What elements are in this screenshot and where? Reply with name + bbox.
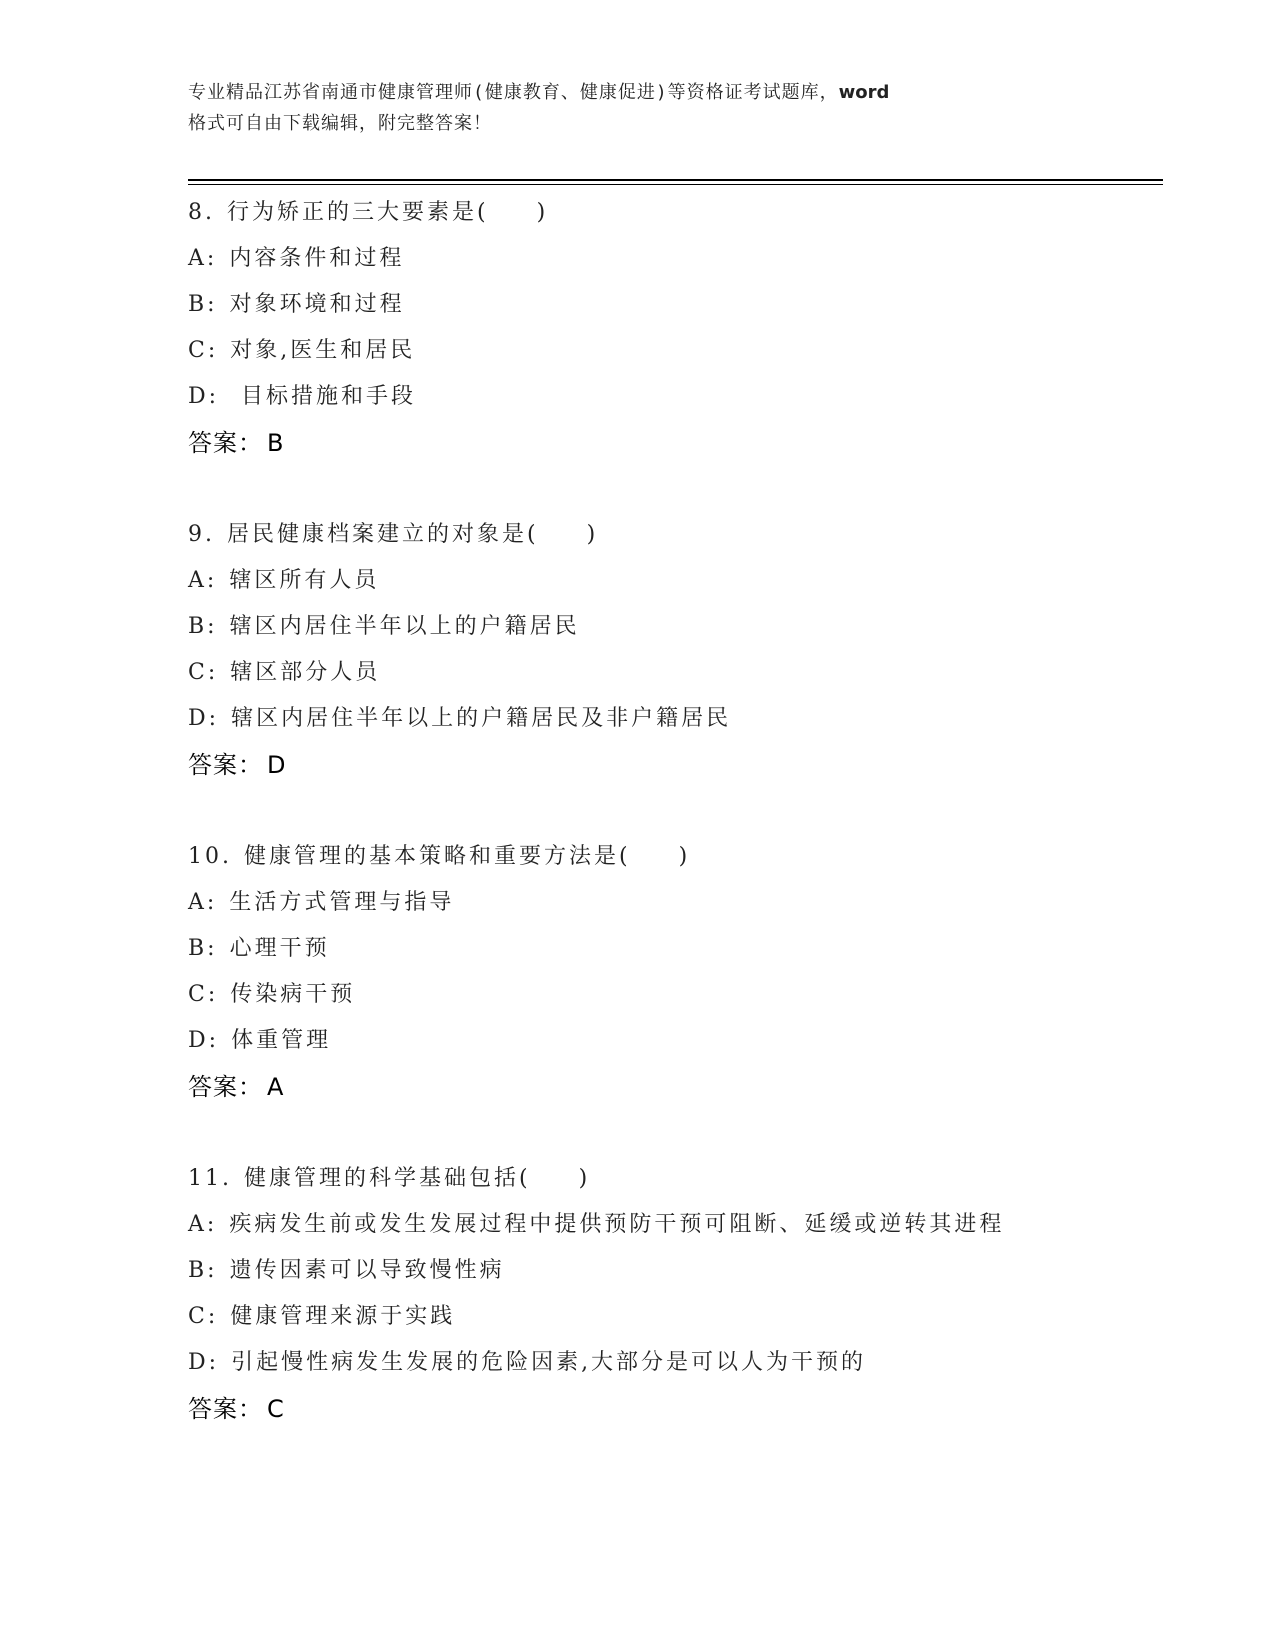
header-line-2: 格式可自由下载编辑，附完整答案！ <box>188 108 1088 139</box>
paren-close: ) <box>579 1166 591 1191</box>
option-b: B:遗传因素可以导致慢性病 <box>188 1248 1088 1294</box>
option-d: D: 目标措施和手段 <box>188 374 1088 420</box>
option-label: A: <box>188 246 217 271</box>
option-label: D: <box>188 1028 219 1053</box>
option-b: B:对象环境和过程 <box>188 282 1088 328</box>
question-text: 居民健康档案建立的对象是( <box>227 522 539 547</box>
option-a: A:内容条件和过程 <box>188 236 1088 282</box>
option-c: C:辖区部分人员 <box>188 650 1088 696</box>
question-8: 8.行为矫正的三大要素是() A:内容条件和过程 B:对象环境和过程 C:对象,… <box>188 190 1088 466</box>
option-d: D:辖区内居住半年以上的户籍居民及非户籍居民 <box>188 696 1088 742</box>
document-header: 专业精品江苏省南通市健康管理师(健康教育、健康促进)等资格证考试题库，word … <box>188 77 1088 139</box>
option-a: A:疾病发生前或发生发展过程中提供预防干预可阻断、延缓或逆转其进程 <box>188 1202 1048 1248</box>
option-label: C: <box>188 338 218 363</box>
answer-value: A <box>267 1073 284 1101</box>
option-label: C: <box>188 982 218 1007</box>
header-text: 专业精品江苏省南通市健康管理师(健康教育、健康促进)等资格证考试题库， <box>188 82 839 103</box>
question-text: 健康管理的科学基础包括( <box>244 1166 531 1191</box>
option-text: 目标措施和手段 <box>231 384 416 409</box>
answer-value: D <box>267 751 286 779</box>
answer-line: 答案：C <box>188 1386 1088 1432</box>
answer-label: 答案： <box>188 751 263 779</box>
paren-close: ) <box>587 522 599 547</box>
answer-line: 答案：D <box>188 742 1088 788</box>
answer-label: 答案： <box>188 1073 263 1101</box>
option-text: 疾病发生前或发生发展过程中提供预防干预可阻断、延缓或逆转其进程 <box>229 1212 1004 1237</box>
option-b: B:心理干预 <box>188 926 1088 972</box>
answer-label: 答案： <box>188 429 263 457</box>
option-label: B: <box>188 292 218 317</box>
paren-close: ) <box>537 200 549 225</box>
option-text: 辖区内居住半年以上的户籍居民及非户籍居民 <box>231 706 731 731</box>
question-number: 10. <box>188 844 232 869</box>
header-word-label: word <box>839 82 890 103</box>
option-text: 辖区部分人员 <box>230 660 380 685</box>
question-stem: 8.行为矫正的三大要素是() <box>188 190 1088 236</box>
question-number: 9. <box>188 522 215 547</box>
question-stem: 9.居民健康档案建立的对象是() <box>188 512 1088 558</box>
answer-line: 答案：B <box>188 420 1088 466</box>
option-label: D: <box>188 706 219 731</box>
option-text: 传染病干预 <box>230 982 355 1007</box>
header-double-rule <box>188 179 1163 185</box>
option-d: D:引起慢性病发生发展的危险因素,大部分是可以人为干预的 <box>188 1340 1088 1386</box>
question-text: 行为矫正的三大要素是( <box>227 200 489 225</box>
option-label: B: <box>188 936 218 961</box>
option-text: 辖区内居住半年以上的户籍居民 <box>230 614 580 639</box>
option-label: C: <box>188 660 218 685</box>
option-text: 对象,医生和居民 <box>230 338 415 363</box>
option-text: 遗传因素可以导致慢性病 <box>230 1258 505 1283</box>
option-text: 体重管理 <box>231 1028 331 1053</box>
document-page: 专业精品江苏省南通市健康管理师(健康教育、健康促进)等资格证考试题库，word … <box>0 0 1275 1650</box>
question-number: 8. <box>188 200 215 225</box>
option-text: 生活方式管理与指导 <box>229 890 454 915</box>
question-stem: 11.健康管理的科学基础包括() <box>188 1156 1088 1202</box>
option-label: A: <box>188 568 217 593</box>
option-text: 对象环境和过程 <box>230 292 405 317</box>
paren-close: ) <box>679 844 691 869</box>
option-label: B: <box>188 1258 218 1283</box>
option-text: 心理干预 <box>230 936 330 961</box>
option-label: D: <box>188 1350 219 1375</box>
option-a: A:生活方式管理与指导 <box>188 880 1088 926</box>
header-line-1: 专业精品江苏省南通市健康管理师(健康教育、健康促进)等资格证考试题库，word <box>188 77 1088 108</box>
option-label: B: <box>188 614 218 639</box>
question-stem: 10.健康管理的基本策略和重要方法是() <box>188 834 1088 880</box>
question-text: 健康管理的基本策略和重要方法是( <box>244 844 631 869</box>
question-9: 9.居民健康档案建立的对象是() A:辖区所有人员 B:辖区内居住半年以上的户籍… <box>188 512 1088 788</box>
option-label: D: <box>188 384 219 409</box>
option-label: A: <box>188 890 217 915</box>
option-a: A:辖区所有人员 <box>188 558 1088 604</box>
answer-value: C <box>267 1395 285 1423</box>
question-list: 8.行为矫正的三大要素是() A:内容条件和过程 B:对象环境和过程 C:对象,… <box>188 190 1088 1478</box>
option-c: C:健康管理来源于实践 <box>188 1294 1088 1340</box>
option-c: C:传染病干预 <box>188 972 1088 1018</box>
answer-value: B <box>267 429 284 457</box>
question-11: 11.健康管理的科学基础包括() A:疾病发生前或发生发展过程中提供预防干预可阻… <box>188 1156 1088 1432</box>
question-number: 11. <box>188 1166 232 1191</box>
question-10: 10.健康管理的基本策略和重要方法是() A:生活方式管理与指导 B:心理干预 … <box>188 834 1088 1110</box>
option-b: B:辖区内居住半年以上的户籍居民 <box>188 604 1088 650</box>
option-label: A: <box>188 1212 217 1237</box>
option-text: 内容条件和过程 <box>229 246 404 271</box>
answer-label: 答案： <box>188 1395 263 1423</box>
option-label: C: <box>188 1304 218 1329</box>
option-text: 健康管理来源于实践 <box>230 1304 455 1329</box>
option-c: C:对象,医生和居民 <box>188 328 1088 374</box>
answer-line: 答案：A <box>188 1064 1088 1110</box>
option-text: 辖区所有人员 <box>229 568 379 593</box>
option-d: D:体重管理 <box>188 1018 1088 1064</box>
option-text: 引起慢性病发生发展的危险因素,大部分是可以人为干预的 <box>231 1350 866 1375</box>
